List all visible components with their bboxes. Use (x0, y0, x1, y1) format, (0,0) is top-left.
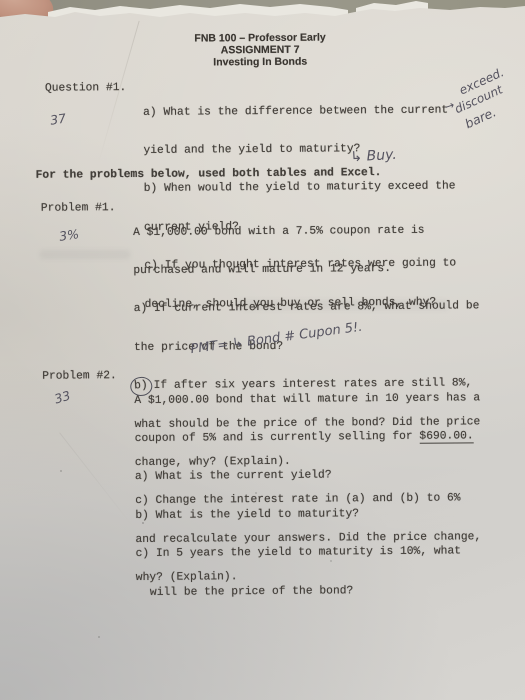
page-content: FNB 100 – Professor Early ASSIGNMENT 7 I… (0, 0, 525, 700)
problem-2-text: A $1,000.00 bond that will mature in 10 … (134, 366, 482, 625)
text-line: a) What is the difference between the cu… (143, 104, 455, 119)
handwritten-score-q1: 37 (49, 111, 67, 128)
text-line: A $1,000.00 bond with a 7.5% coupon rate… (133, 224, 479, 240)
underlined-price: $690.00. (419, 430, 473, 444)
text-line: a) If current interest rates are 8%, wha… (134, 301, 480, 317)
text-line: b) When would the yield to maturity exce… (144, 181, 456, 196)
text-line: A $1,000.00 bond that will mature in 10 … (134, 392, 480, 408)
photo-of-assignment: FNB 100 – Professor Early ASSIGNMENT 7 I… (0, 0, 525, 700)
instruction-line: For the problems below, used both tables… (36, 167, 382, 183)
problem-2-label: Problem #2. (42, 370, 117, 383)
text-line: purchased and will mature in 12 years. (133, 262, 479, 278)
handwritten-score-p1: 3% (58, 226, 80, 244)
text-line: yield and the yield to maturity? (143, 142, 455, 157)
assignment-paper: FNB 100 – Professor Early ASSIGNMENT 7 I… (0, 0, 525, 700)
handwritten-answer-buy: ↳ Buy. (350, 147, 397, 166)
text-line: b) What is the yield to maturity? (135, 507, 481, 523)
text-line: a) What is the current yield? (135, 469, 481, 485)
text-line: will be the price of the bond? (136, 584, 482, 600)
problem-1-label: Problem #1. (41, 202, 116, 215)
assignment-header: FNB 100 – Professor Early ASSIGNMENT 7 I… (0, 31, 523, 71)
text-line: coupon of 5% and is currently selling fo… (135, 431, 420, 445)
question-1-label: Question #1. (45, 82, 126, 95)
handwritten-score-p2: 33 (53, 388, 73, 407)
text-line: c) In 5 years the yield to maturity is 1… (136, 545, 482, 561)
text-line-with-underline: coupon of 5% and is currently selling fo… (135, 430, 481, 446)
